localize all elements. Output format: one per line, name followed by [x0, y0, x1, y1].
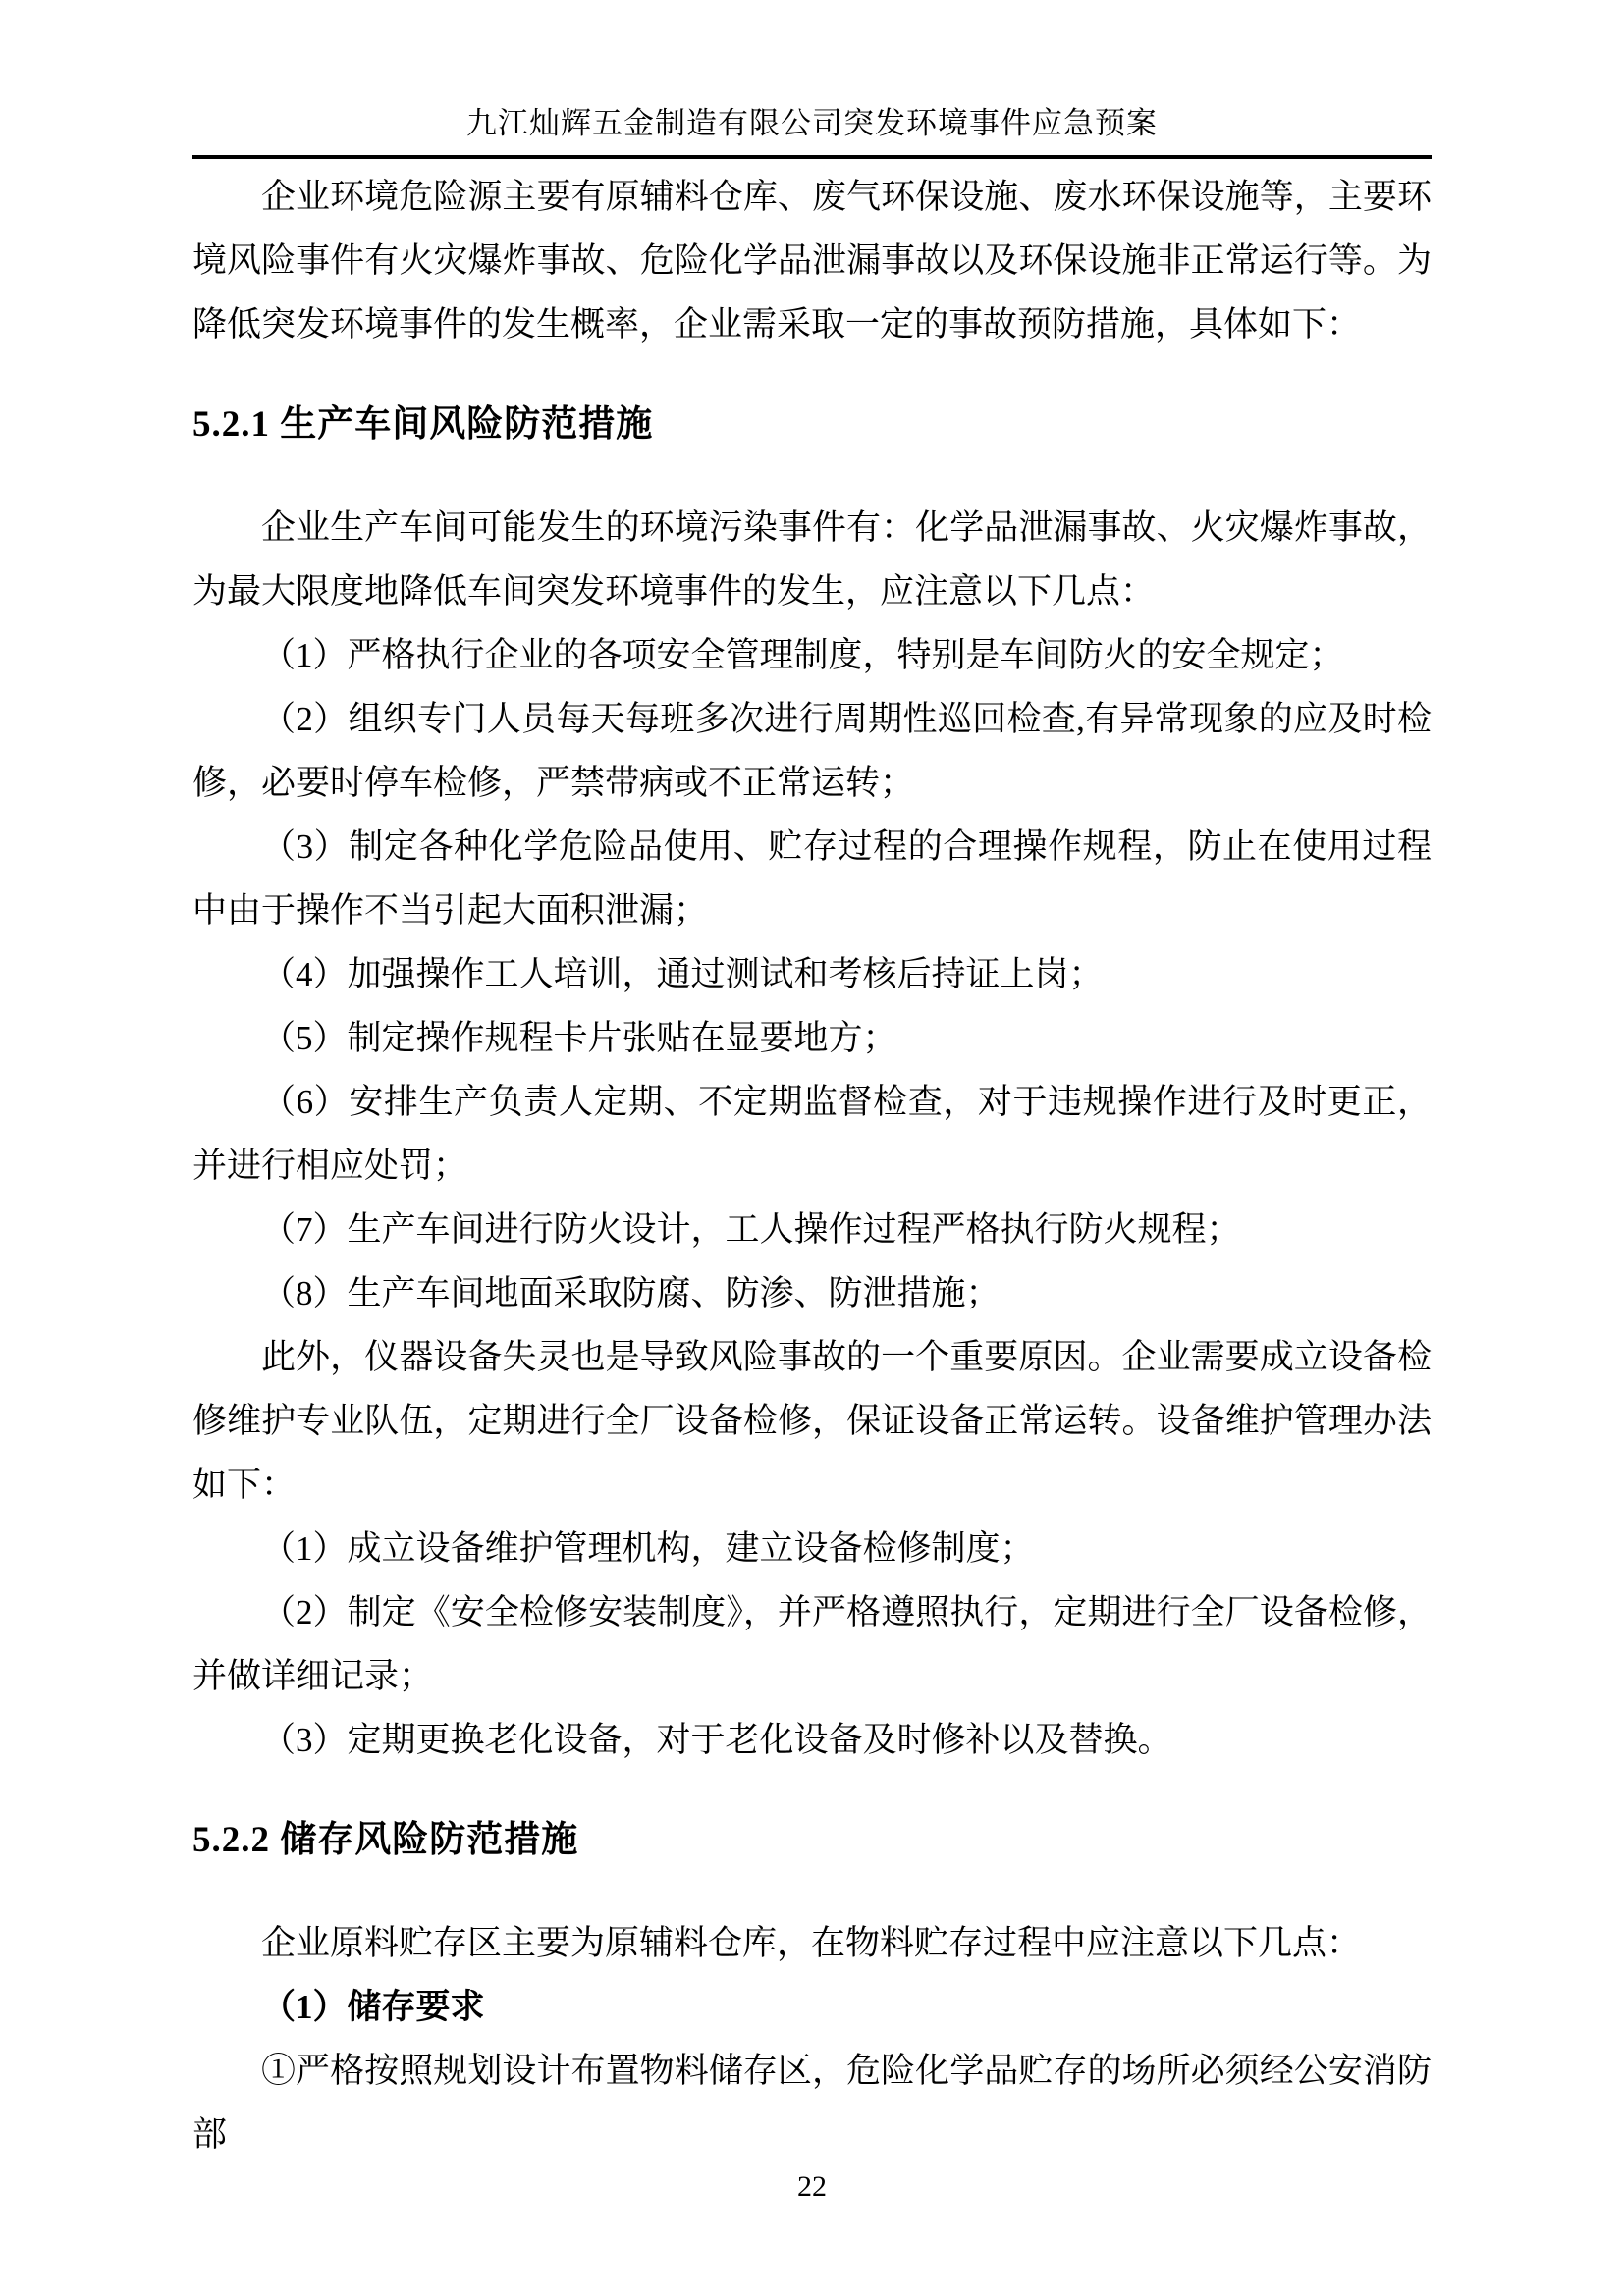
equipment-note-paragraph: 此外，仪器设备失灵也是导致风险事故的一个重要原因。企业需要成立设备检修维护专业队… [192, 1325, 1432, 1517]
workshop-item-6: （6）安排生产负责人定期、不定期监督检查，对于违规操作进行及时更正，并进行相应处… [192, 1070, 1432, 1198]
document-body: 企业环境危险源主要有原辅料仓库、废气环保设施、废水环保设施等，主要环境风险事件有… [192, 165, 1432, 2166]
workshop-item-2: （2）组织专门人员每天每班多次进行周期性巡回检查,有异常现象的应及时检修，必要时… [192, 687, 1432, 815]
workshop-lead-paragraph: 企业生产车间可能发生的环境污染事件有：化学品泄漏事故、火灾爆炸事故，为最大限度地… [192, 496, 1432, 623]
intro-paragraph: 企业环境危险源主要有原辅料仓库、废气环保设施、废水环保设施等，主要环境风险事件有… [192, 165, 1432, 356]
storage-first-line: ①严格按照规划设计布置物料储存区，危险化学品贮存的场所必须经公安消防部 [192, 2039, 1432, 2166]
workshop-item-7: （7）生产车间进行防火设计，工人操作过程严格执行防火规程； [192, 1198, 1432, 1261]
equipment-item-2: （2）制定《安全检修安装制度》，并严格遵照执行，定期进行全厂设备检修，并做详细记… [192, 1580, 1432, 1708]
document-page: 九江灿辉五金制造有限公司突发环境事件应急预案 企业环境危险源主要有原辅料仓库、废… [0, 0, 1624, 2296]
storage-lead-paragraph: 企业原料贮存区主要为原辅料仓库，在物料贮存过程中应注意以下几点： [192, 1911, 1432, 1975]
workshop-item-8: （8）生产车间地面采取防腐、防渗、防泄措施； [192, 1261, 1432, 1325]
section-5-2-1-heading: 5.2.1 生产车间风险防范措施 [192, 401, 1432, 449]
page-number: 22 [0, 2167, 1624, 2207]
storage-requirements-subheading: （1）储存要求 [192, 1975, 1432, 2039]
section-5-2-2-heading: 5.2.2 储存风险防范措施 [192, 1817, 1432, 1864]
equipment-item-1: （1）成立设备维护管理机构，建立设备检修制度； [192, 1517, 1432, 1580]
workshop-item-1: （1）严格执行企业的各项安全管理制度，特别是车间防火的安全规定； [192, 623, 1432, 687]
page-header: 九江灿辉五金制造有限公司突发环境事件应急预案 [192, 104, 1432, 159]
workshop-item-5: （5）制定操作规程卡片张贴在显要地方； [192, 1006, 1432, 1070]
equipment-item-3: （3）定期更换老化设备，对于老化设备及时修补以及替换。 [192, 1708, 1432, 1772]
workshop-item-4: （4）加强操作工人培训，通过测试和考核后持证上岗； [192, 942, 1432, 1006]
workshop-item-3: （3）制定各种化学危险品使用、贮存过程的合理操作规程，防止在使用过程中由于操作不… [192, 815, 1432, 942]
header-title: 九江灿辉五金制造有限公司突发环境事件应急预案 [466, 106, 1158, 140]
